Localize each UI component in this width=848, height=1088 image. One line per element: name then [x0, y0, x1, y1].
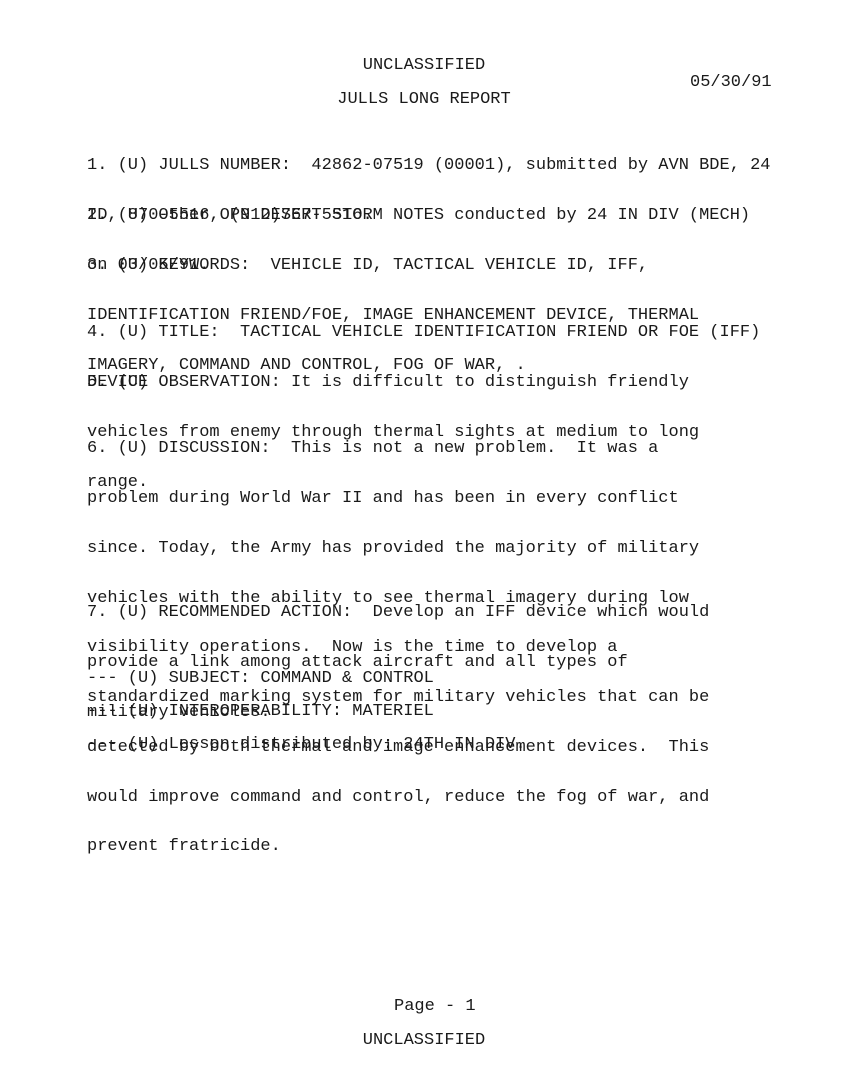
- text-line: 7. (U) RECOMMENDED ACTION: Develop an IF…: [87, 605, 709, 622]
- distribution-line: --- (U) Lesson distributed by: 24TH IN D…: [87, 704, 526, 770]
- text-line: prevent fratricide.: [87, 839, 709, 856]
- text-line: 4. (U) TITLE: TACTICAL VEHICLE IDENTIFIC…: [87, 325, 760, 342]
- report-title: JULLS LONG REPORT: [0, 92, 848, 109]
- page-number: Page - 1: [394, 999, 476, 1016]
- text-line: --- (U) Lesson distributed by: 24TH IN D…: [87, 737, 526, 754]
- text-line: 2. (U) Other OPN DESERT STORM NOTES cond…: [87, 208, 750, 225]
- text-line: would improve command and control, reduc…: [87, 790, 709, 807]
- footer-classification: UNCLASSIFIED: [0, 1033, 848, 1050]
- text-line: 5. (U) OBSERVATION: It is difficult to d…: [87, 375, 699, 392]
- text-line: 1. (U) JULLS NUMBER: 42862-07519 (00001)…: [87, 158, 771, 175]
- text-line: 6. (U) DISCUSSION: This is not a new pro…: [87, 441, 709, 458]
- text-line: since. Today, the Army has provided the …: [87, 541, 709, 558]
- text-line: problem during World War II and has been…: [87, 491, 709, 508]
- text-line: 3. (U) KEYWORDS: VEHICLE ID, TACTICAL VE…: [87, 258, 699, 275]
- report-date: 05/30/91: [690, 75, 772, 92]
